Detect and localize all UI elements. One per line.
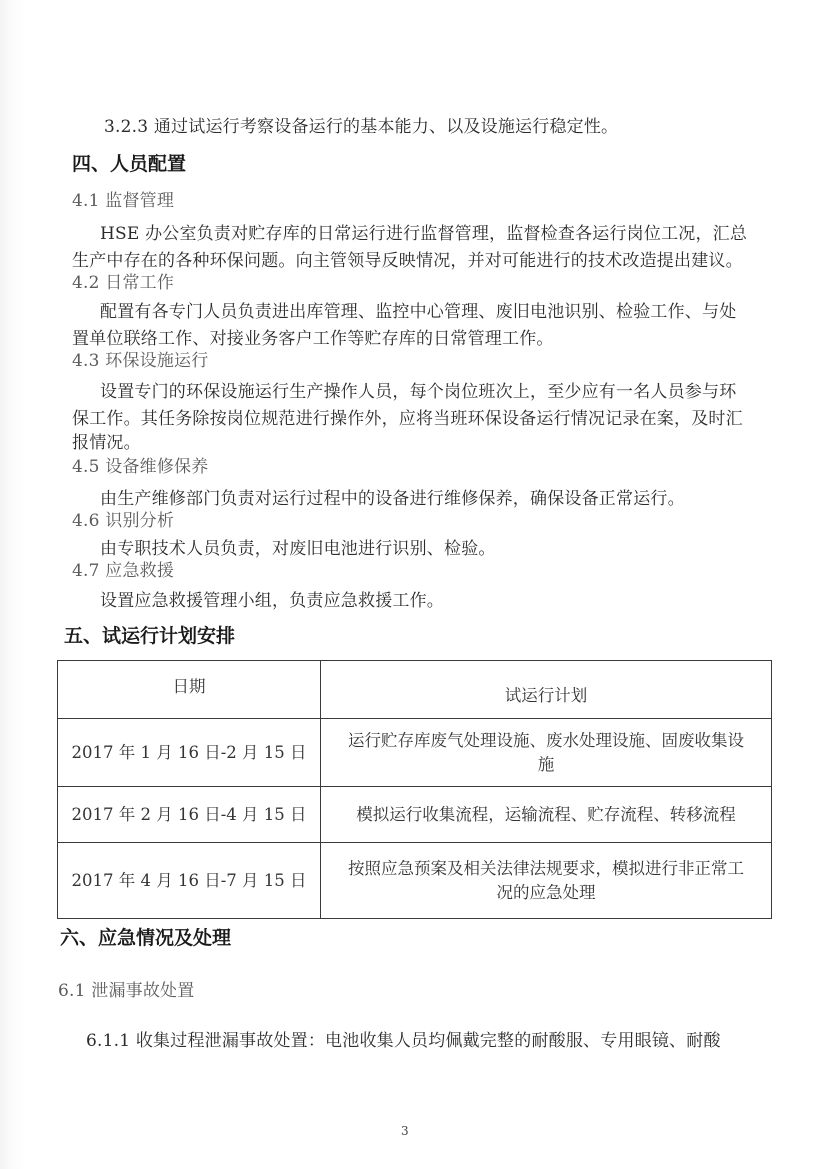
paragraph-4-3-line3: 报情况。 bbox=[72, 432, 141, 454]
paragraph-4-1-line1: HSE 办公室负责对贮存库的日常运行进行监督管理，监督检查各运行岗位工况，汇总 bbox=[100, 223, 747, 245]
paragraph-4-6: 由专职技术人员负责，对废旧电池进行识别、检验。 bbox=[100, 538, 496, 560]
table-row: 2017 年 1 月 16 日-2 月 15 日 运行贮存库废气处理设施、废水处… bbox=[58, 719, 772, 787]
row-plan-line1: 按照应急预案及相关法律法规要求，模拟进行非正常工 bbox=[322, 857, 770, 881]
row-date: 2017 年 4 月 16 日-7 月 15 日 bbox=[58, 843, 321, 919]
paragraph-6-1-1: 6.1.1 收集过程泄漏事故处置：电池收集人员均佩戴完整的耐酸服、专用眼镜、耐酸 bbox=[86, 1030, 721, 1052]
heading-4-7: 4.7 应急救援 bbox=[72, 560, 174, 582]
row-plan: 模拟运行收集流程，运输流程、贮存流程、转移流程 bbox=[321, 787, 772, 843]
trial-run-plan-table: 日期 试运行计划 2017 年 1 月 16 日-2 月 15 日 运行贮存库废… bbox=[57, 660, 772, 919]
section-4-title: 四、人员配置 bbox=[72, 152, 186, 176]
section-6-title: 六、应急情况及处理 bbox=[60, 926, 231, 950]
row-date: 2017 年 2 月 16 日-4 月 15 日 bbox=[58, 787, 321, 843]
heading-4-2: 4.2 日常工作 bbox=[72, 272, 174, 294]
paragraph-4-3-line2: 保工作。其任务除按岗位规范进行操作外，应将当班环保设备运行情况记录在案，及时汇 bbox=[72, 408, 743, 430]
heading-4-5: 4.5 设备维修保养 bbox=[72, 456, 208, 478]
heading-4-6: 4.6 识别分析 bbox=[72, 510, 174, 532]
table-row: 2017 年 4 月 16 日-7 月 15 日 按照应急预案及相关法律法规要求… bbox=[58, 843, 772, 919]
row-plan-line2: 况的应急处理 bbox=[322, 881, 770, 905]
row-plan-line1: 模拟运行收集流程，运输流程、贮存流程、转移流程 bbox=[322, 803, 770, 827]
row-plan-line1: 运行贮存库废气处理设施、废水处理设施、固废收集设 bbox=[322, 729, 770, 753]
document-page: 3.2.3 通过试运行考察设备运行的基本能力、以及设施运行稳定性。 四、人员配置… bbox=[0, 0, 832, 1169]
table-header-row: 日期 试运行计划 bbox=[58, 661, 772, 719]
row-plan: 按照应急预案及相关法律法规要求，模拟进行非正常工 况的应急处理 bbox=[321, 843, 772, 919]
heading-4-3: 4.3 环保设施运行 bbox=[72, 350, 208, 372]
page-number: 3 bbox=[401, 1124, 409, 1138]
paragraph-4-1-line2: 生产中存在的各种环保问题。向主管领导反映情况，并对可能进行的技术改造提出建议。 bbox=[72, 250, 743, 272]
heading-6-1: 6.1 泄漏事故处置 bbox=[58, 980, 194, 1002]
paragraph-4-2-line2: 置单位联络工作、对接业务客户工作等贮存库的日常管理工作。 bbox=[72, 328, 554, 350]
row-date: 2017 年 1 月 16 日-2 月 15 日 bbox=[58, 719, 321, 787]
row-plan-line2: 施 bbox=[322, 753, 770, 777]
table-row: 2017 年 2 月 16 日-4 月 15 日 模拟运行收集流程，运输流程、贮… bbox=[58, 787, 772, 843]
heading-4-1: 4.1 监督管理 bbox=[72, 190, 174, 212]
column-header-plan: 试运行计划 bbox=[321, 661, 772, 719]
paragraph-3-2-3: 3.2.3 通过试运行考察设备运行的基本能力、以及设施运行稳定性。 bbox=[104, 116, 618, 138]
paragraph-4-2-line1: 配置有各专门人员负责进出库管理、监控中心管理、废旧电池识别、检验工作、与处 bbox=[100, 301, 736, 323]
paragraph-4-7: 设置应急救援管理小组，负责应急救援工作。 bbox=[100, 590, 444, 612]
row-plan: 运行贮存库废气处理设施、废水处理设施、固废收集设 施 bbox=[321, 719, 772, 787]
section-5-title: 五、试运行计划安排 bbox=[64, 624, 235, 648]
paragraph-4-3-line1: 设置专门的环保设施运行生产操作人员，每个岗位班次上，至少应有一名人员参与环 bbox=[100, 381, 736, 403]
column-header-date: 日期 bbox=[58, 661, 321, 719]
paragraph-4-5: 由生产维修部门负责对运行过程中的设备进行维修保养，确保设备正常运行。 bbox=[100, 488, 685, 510]
